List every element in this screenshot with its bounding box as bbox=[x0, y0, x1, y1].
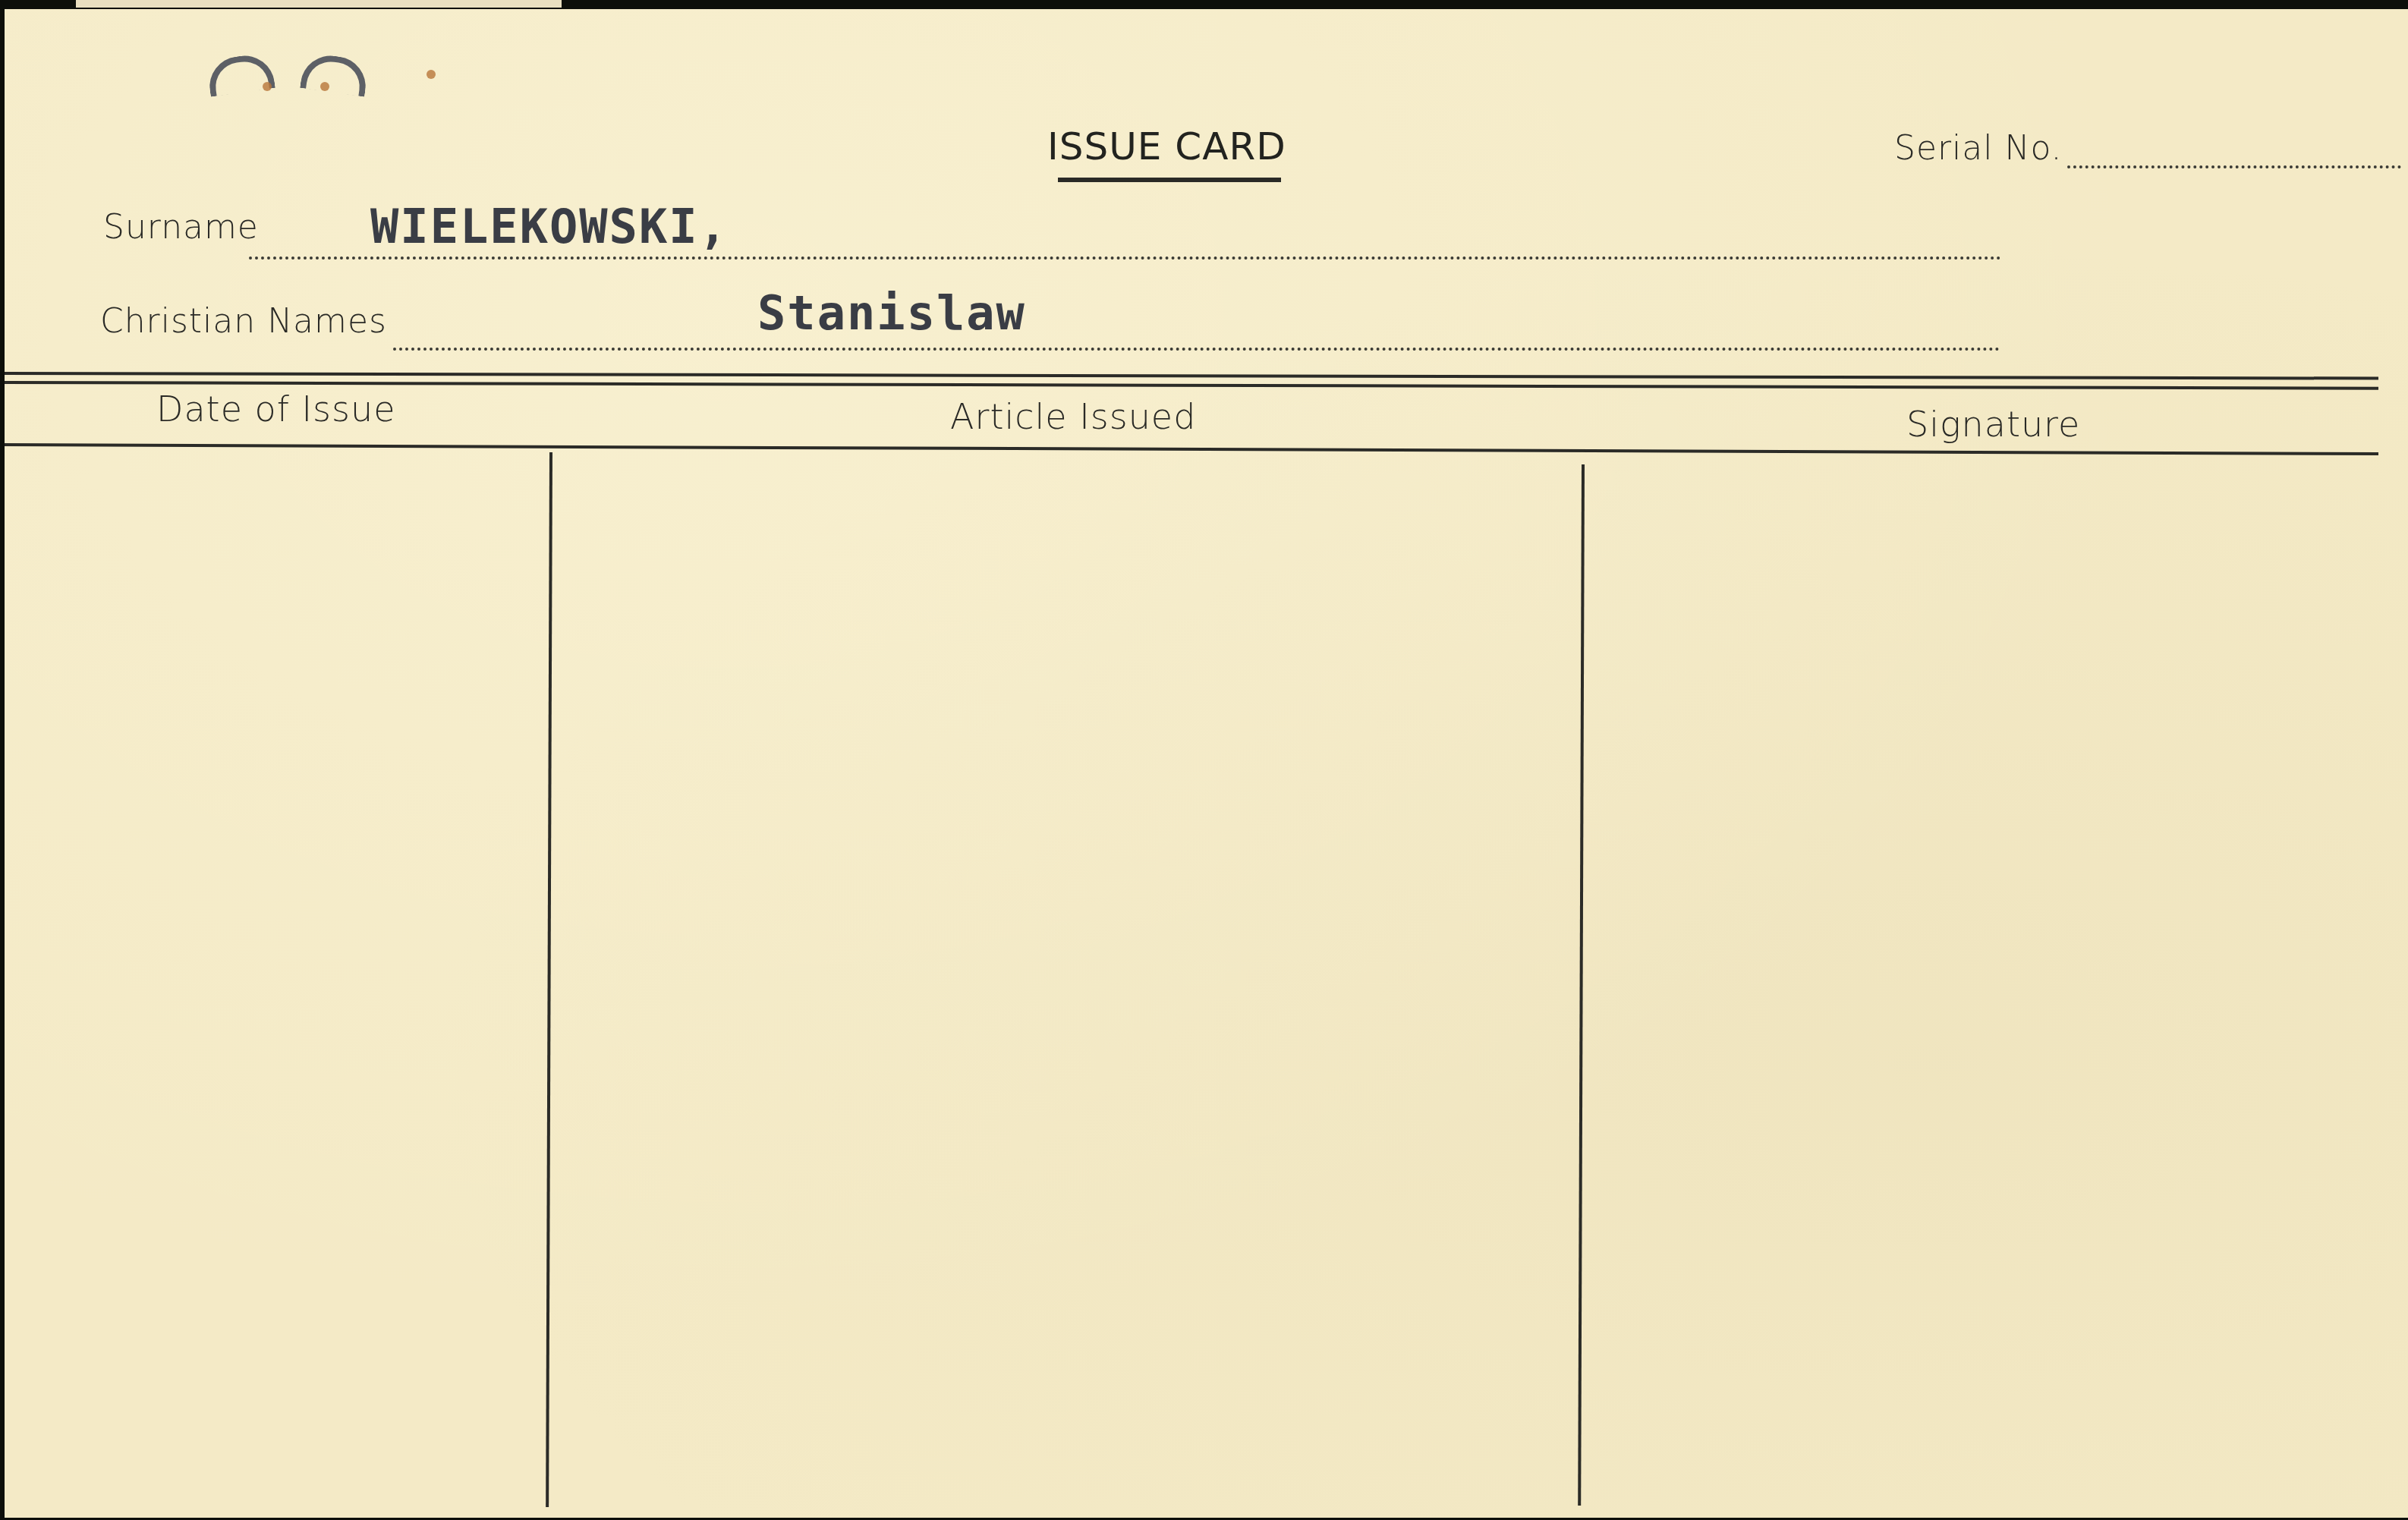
signature-column[interactable] bbox=[1586, 464, 2406, 1512]
column-header-signature: Signature bbox=[1906, 404, 2080, 445]
christian-names-field[interactable] bbox=[393, 348, 2000, 351]
rust-stain bbox=[263, 82, 272, 91]
christian-names-value: Stanislaw bbox=[757, 285, 1026, 341]
surname-label: Surname bbox=[103, 208, 259, 247]
column-header-date-of-issue: Date of Issue bbox=[156, 389, 395, 430]
serial-no-label: Serial No. bbox=[1894, 129, 2063, 168]
column-header-article-issued: Article Issued bbox=[950, 396, 1196, 437]
surname-value: WIELEKOWSKI, bbox=[370, 199, 729, 254]
article-issued-column[interactable] bbox=[554, 457, 1580, 1512]
card-tab-strip bbox=[76, 0, 562, 8]
surname-field[interactable] bbox=[249, 256, 2002, 260]
rust-stain bbox=[320, 82, 329, 91]
issue-card: ISSUE CARD Serial No. Surname WIELEKOWSK… bbox=[5, 9, 2408, 1518]
christian-names-label: Christian Names bbox=[100, 302, 387, 341]
date-of-issue-column[interactable] bbox=[5, 449, 548, 1512]
title-underline bbox=[1058, 178, 1281, 182]
staple-right-icon bbox=[300, 52, 370, 97]
rust-stain bbox=[427, 70, 436, 79]
header-rule-top bbox=[5, 372, 2378, 380]
card-title: ISSUE CARD bbox=[1047, 124, 1286, 168]
serial-no-field[interactable] bbox=[2067, 165, 2401, 168]
